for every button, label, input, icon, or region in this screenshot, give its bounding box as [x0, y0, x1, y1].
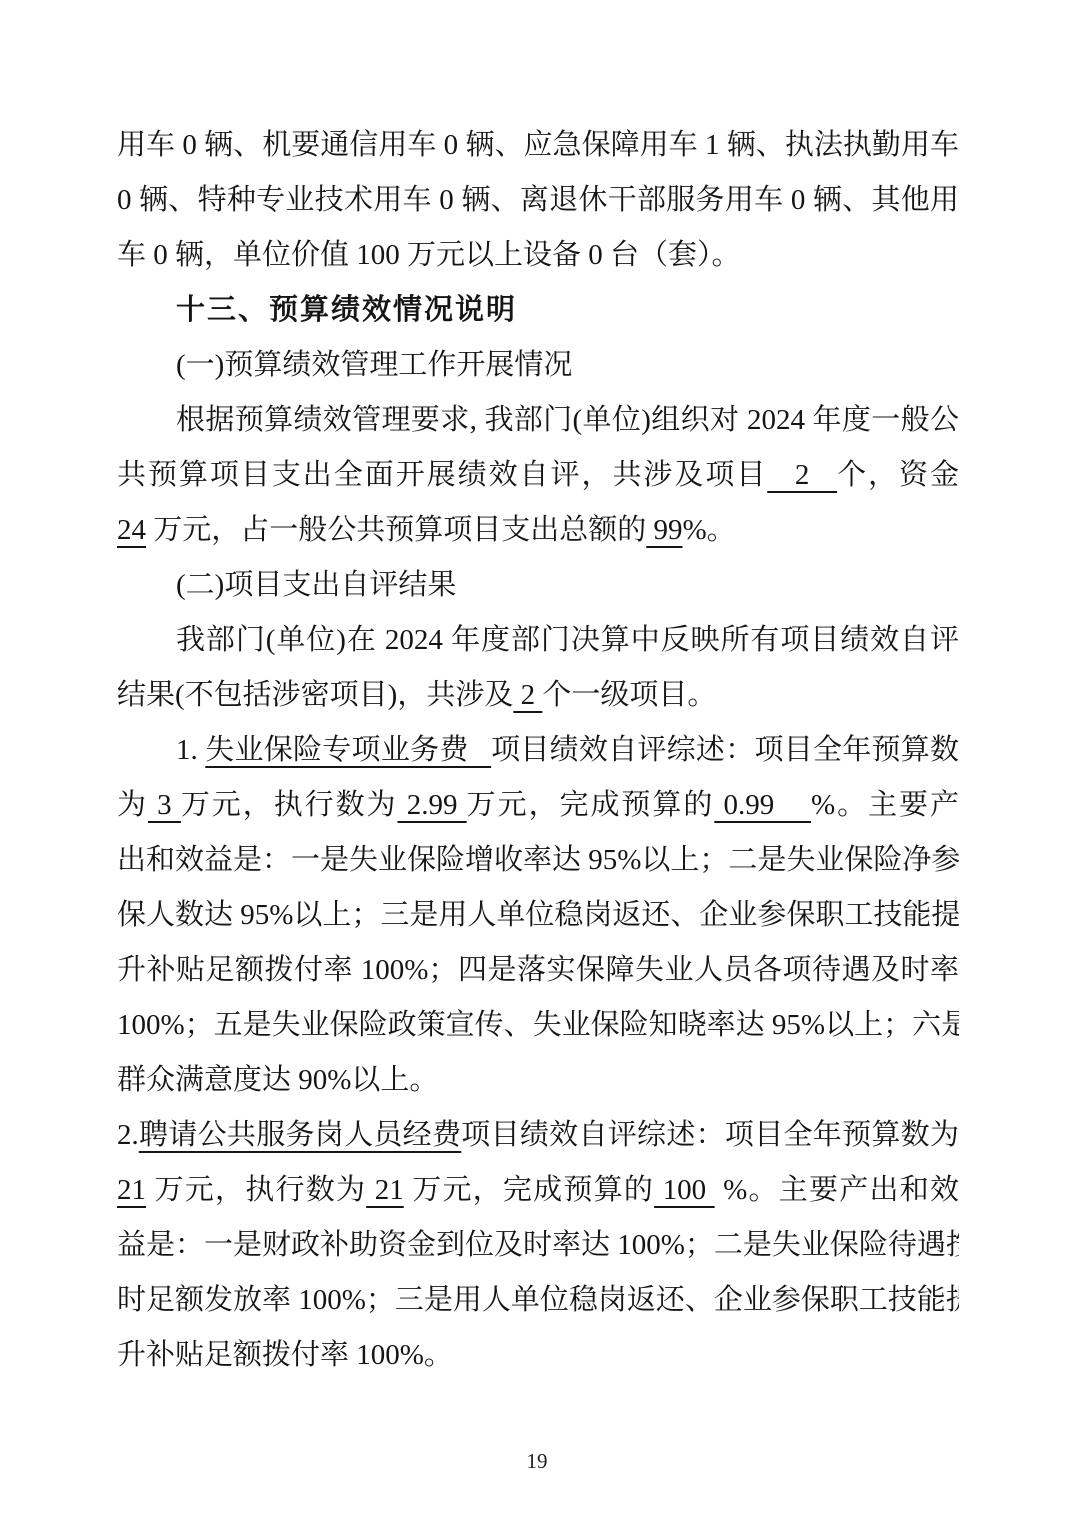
- text-run: 十三、预算绩效情况说明: [176, 294, 517, 326]
- text-run: (一)预算绩效管理工作开展情况: [176, 349, 572, 381]
- text-run: 0 辆、特种专业技术用车 0 辆、离退休干部服务用车 0 辆、其他用: [117, 184, 959, 216]
- text-run: 为: [117, 789, 148, 821]
- project-2-line-3: 益是：一是财政补助资金到位及时率达 100%；二是失业保险待遇按: [117, 1218, 959, 1273]
- text-run: 100%；五是失业保险政策宣传、失业保险知晓率达 95%以上；六是: [117, 1009, 959, 1041]
- underlined-text-run: 21: [366, 1174, 404, 1206]
- text-run: 结果(不包括涉密项目)，共涉及: [117, 679, 513, 711]
- text-run: 项目绩效自评综述：项目全年预算数: [491, 734, 959, 766]
- para-vehicles-line-1: 用车 0 辆、机要通信用车 0 辆、应急保障用车 1 辆、执法执勤用车: [117, 118, 959, 173]
- underlined-text-run: 3: [148, 789, 181, 821]
- underlined-text-run: 24: [117, 514, 146, 546]
- text-run: 1.: [176, 734, 205, 766]
- section-13-heading: 十三、预算绩效情况说明: [117, 283, 959, 338]
- para-results-line-2: 结果(不包括涉密项目)，共涉及 2 个一级项目。: [117, 668, 959, 723]
- subsection-2-heading: (二)项目支出自评结果: [117, 558, 959, 613]
- text-run: 万元，占一般公共预算项目支出总额的: [146, 514, 646, 546]
- text-run: 万元，执行数为: [181, 789, 398, 821]
- text-run: 个，资金: [837, 459, 959, 491]
- underlined-text-run: 100: [654, 1174, 715, 1206]
- document-content: 用车 0 辆、机要通信用车 0 辆、应急保障用车 1 辆、执法执勤用车0 辆、特…: [117, 118, 959, 1383]
- project-1-line-7: 群众满意度达 90%以上。: [117, 1053, 959, 1108]
- document-page: 用车 0 辆、机要通信用车 0 辆、应急保障用车 1 辆、执法执勤用车0 辆、特…: [0, 0, 1074, 1520]
- project-1-line-5: 升补贴足额拨付率 100%；四是落实保障失业人员各项待遇及时率: [117, 943, 959, 998]
- text-run: 项目绩效自评综述：项目全年预算数为: [461, 1119, 959, 1151]
- para-results-line-1: 我部门(单位)在 2024 年度部门决算中反映所有项目绩效自评: [117, 613, 959, 668]
- project-2-line-5: 升补贴足额拨付率 100%。: [117, 1328, 959, 1383]
- para-selfreview-line-1: 根据预算绩效管理要求, 我部门(单位)组织对 2024 年度一般公: [117, 393, 959, 448]
- project-1-line-1: 1. 失业保险专项业务费 项目绩效自评综述：项目全年预算数: [117, 723, 959, 778]
- text-run: 保人数达 95%以上；三是用人单位稳岗返还、企业参保职工技能提: [117, 899, 959, 931]
- text-run: 用车 0 辆、机要通信用车 0 辆、应急保障用车 1 辆、执法执勤用车: [117, 129, 959, 161]
- text-run: 益是：一是财政补助资金到位及时率达 100%；二是失业保险待遇按: [117, 1229, 959, 1261]
- project-2-line-1: 2.聘请公共服务岗人员经费项目绩效自评综述：项目全年预算数为: [117, 1108, 959, 1163]
- text-run: 时足额发放率 100%；三是用人单位稳岗返还、企业参保职工技能提: [117, 1284, 959, 1316]
- text-run: 群众满意度达 90%以上。: [117, 1064, 438, 1096]
- text-run: 车 0 辆，单位价值 100 万元以上设备 0 台（套）。: [117, 239, 741, 271]
- para-selfreview-line-3: 24 万元，占一般公共预算项目支出总额的 99%。: [117, 503, 959, 558]
- text-run: (二)项目支出自评结果: [176, 569, 456, 601]
- text-run: 共预算项目支出全面开展绩效自评，共涉及项目: [117, 459, 767, 491]
- underlined-text-run: 聘请公共服务岗人员经费: [139, 1119, 462, 1151]
- project-1-line-3: 出和效益是：一是失业保险增收率达 95%以上；二是失业保险净参: [117, 833, 959, 888]
- text-run: 我部门(单位)在 2024 年度部门决算中反映所有项目绩效自评: [176, 624, 959, 656]
- text-run: 个一级项目。: [542, 679, 716, 711]
- project-1-line-4: 保人数达 95%以上；三是用人单位稳岗返还、企业参保职工技能提: [117, 888, 959, 943]
- text-run: 升补贴足额拨付率 100%。: [117, 1339, 453, 1371]
- underlined-text-run: 2: [767, 459, 837, 491]
- subsection-1-heading: (一)预算绩效管理工作开展情况: [117, 338, 959, 393]
- project-2-line-4: 时足额发放率 100%；三是用人单位稳岗返还、企业参保职工技能提: [117, 1273, 959, 1328]
- text-run: %。主要产出和效: [715, 1174, 959, 1206]
- project-2-line-2: 21 万元，执行数为 21 万元，完成预算的 100 %。主要产出和效: [117, 1163, 959, 1218]
- text-run: 2.: [117, 1119, 139, 1151]
- underlined-text-run: 2.99: [398, 789, 467, 821]
- para-selfreview-line-2: 共预算项目支出全面开展绩效自评，共涉及项目 2 个，资金: [117, 448, 959, 503]
- text-run: 根据预算绩效管理要求, 我部门(单位)组织对 2024 年度一般公: [176, 404, 959, 436]
- para-vehicles-line-2: 0 辆、特种专业技术用车 0 辆、离退休干部服务用车 0 辆、其他用: [117, 173, 959, 228]
- page-number: 19: [0, 1449, 1074, 1474]
- underlined-text-run: 0.99: [714, 789, 811, 821]
- underlined-text-run: 99: [646, 514, 682, 546]
- project-1-line-6: 100%；五是失业保险政策宣传、失业保险知晓率达 95%以上；六是: [117, 998, 959, 1053]
- underlined-text-run: 失业保险专项业务费: [205, 734, 491, 766]
- text-run: 升补贴足额拨付率 100%；四是落实保障失业人员各项待遇及时率: [117, 954, 959, 986]
- underlined-text-run: 2: [513, 679, 542, 711]
- text-run: 万元，完成预算的: [404, 1174, 654, 1206]
- text-run: 万元，执行数为: [146, 1174, 366, 1206]
- text-run: %。: [683, 514, 736, 546]
- underlined-text-run: 21: [117, 1174, 146, 1206]
- text-run: 出和效益是：一是失业保险增收率达 95%以上；二是失业保险净参: [117, 844, 959, 876]
- para-vehicles-line-3: 车 0 辆，单位价值 100 万元以上设备 0 台（套）。: [117, 228, 959, 283]
- text-run: 万元，完成预算的: [467, 789, 715, 821]
- project-1-line-2: 为 3 万元，执行数为 2.99 万元，完成预算的 0.99 %。主要产: [117, 778, 959, 833]
- text-run: %。主要产: [811, 789, 959, 821]
